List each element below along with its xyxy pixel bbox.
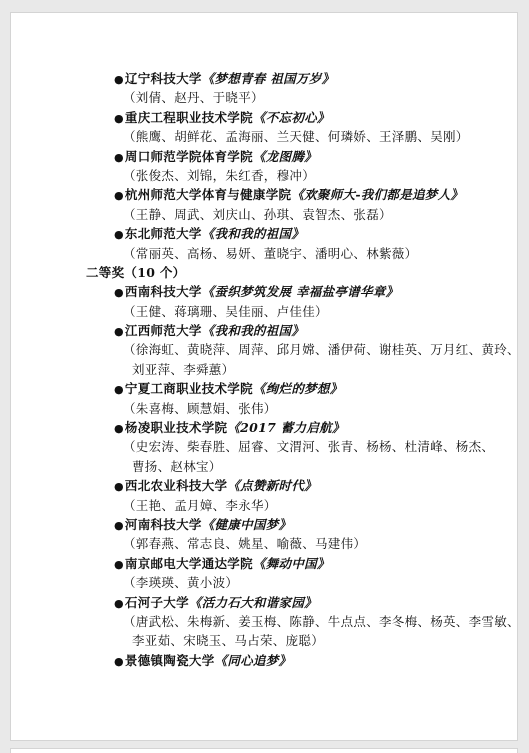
work-title: 《绚烂的梦想》 <box>253 381 343 396</box>
members-line: （朱喜梅、顾慧娟、张伟） <box>11 399 517 418</box>
line-text: （史宏涛、柴春胜、屈睿、文渭河、张青、杨杨、杜清峰、杨杰、 <box>123 439 494 454</box>
award-entry-line: ●江西师范大学《我和我的祖国》 <box>11 321 517 340</box>
work-title: 《点赞新时代》 <box>227 478 317 493</box>
school-name: 江西师范大学 <box>125 323 202 338</box>
line-text: （常丽英、高杨、易妍、董晓宇、潘明心、林紫薇） <box>123 246 417 261</box>
work-title: 《欢聚师大-我们都是追梦人》 <box>291 187 463 202</box>
line-text: （唐武松、朱梅新、姜玉梅、陈静、牛点点、李冬梅、杨英、李雪敏、 <box>123 614 517 629</box>
school-name: 西北农业科技大学 <box>125 478 227 493</box>
section-header: 二等奖（10 个） <box>11 263 517 282</box>
line-text: 李亚茹、宋晓玉、马占荣、庞聪） <box>132 633 324 648</box>
bullet-icon: ● <box>114 422 124 435</box>
award-entry-line: ●南京邮电大学通达学院《舞动中国》 <box>11 554 517 573</box>
work-title: 《我和我的祖国》 <box>202 226 304 241</box>
work-title: 《蚕织梦筑发展 幸福盐亭谱华章》 <box>202 284 399 299</box>
members-line: （熊鹰、胡鲜花、孟海丽、兰天健、何璘娇、王泽鹏、吴刚） <box>11 127 517 146</box>
document-lines: ●辽宁科技大学《梦想青春 祖国万岁》（刘倩、赵丹、于晓平）●重庆工程职业技术学院… <box>11 13 517 670</box>
line-text: （郭春燕、常志良、姚星、喻薇、马建伟） <box>123 536 366 551</box>
bullet-icon: ● <box>114 112 124 125</box>
line-text: （朱喜梅、顾慧娟、张伟） <box>123 401 277 416</box>
work-title: 《2017 蓄力启航》 <box>227 420 344 435</box>
award-entry-line: ●河南科技大学《健康中国梦》 <box>11 515 517 534</box>
members-line: （王健、蒋璃珊、吴佳丽、卢佳佳） <box>11 302 517 321</box>
work-title: 《梦想青春 祖国万岁》 <box>202 71 335 86</box>
line-text: （徐海虹、黄晓萍、周萍、邱月嫦、潘伊荷、谢桂英、万月红、黄玲、 <box>123 342 517 357</box>
members-line: （唐武松、朱梅新、姜玉梅、陈静、牛点点、李冬梅、杨英、李雪敏、 <box>11 612 517 631</box>
line-text: （王艳、孟月嫜、李永华） <box>123 498 277 513</box>
bullet-icon: ● <box>114 151 124 164</box>
award-entry-line: ●杨凌职业技术学院《2017 蓄力启航》 <box>11 418 517 437</box>
line-text: 刘亚萍、李舜蕙） <box>132 362 234 377</box>
bullet-icon: ● <box>114 519 124 532</box>
school-name: 景德镇陶瓷大学 <box>125 653 215 668</box>
school-name: 重庆工程职业技术学院 <box>125 110 253 125</box>
line-text: （张俊杰、刘锦，朱红香，穆冲） <box>123 168 315 183</box>
work-title: 《活力石大和谐家园》 <box>189 595 317 610</box>
award-entry-line: ●西北农业科技大学《点赞新时代》 <box>11 476 517 495</box>
school-name: 石河子大学 <box>125 595 189 610</box>
members-line: （常丽英、高杨、易妍、董晓宇、潘明心、林紫薇） <box>11 244 517 263</box>
members-line: （史宏涛、柴春胜、屈睿、文渭河、张青、杨杨、杜清峰、杨杰、 <box>11 437 517 456</box>
bullet-icon: ● <box>114 286 124 299</box>
page: ●辽宁科技大学《梦想青春 祖国万岁》（刘倩、赵丹、于晓平）●重庆工程职业技术学院… <box>10 12 518 741</box>
bullet-icon: ● <box>114 597 124 610</box>
bullet-icon: ● <box>114 383 124 396</box>
bullet-icon: ● <box>114 325 124 338</box>
award-entry-line: ●辽宁科技大学《梦想青春 祖国万岁》 <box>11 69 517 88</box>
line-text: （刘倩、赵丹、于晓平） <box>123 90 264 105</box>
line-text: （王静、周武、刘庆山、孙琪、袁智杰、张磊） <box>123 207 392 222</box>
line-text: （王健、蒋璃珊、吴佳丽、卢佳佳） <box>123 304 328 319</box>
school-name: 辽宁科技大学 <box>125 71 202 86</box>
award-entry-line: ●宁夏工商职业技术学院《绚烂的梦想》 <box>11 379 517 398</box>
members-line: （李瑛瑛、黄小波） <box>11 573 517 592</box>
school-name: 杨凌职业技术学院 <box>125 420 227 435</box>
award-entry-line: ●东北师范大学《我和我的祖国》 <box>11 224 517 243</box>
line-text: 二等奖（10 个） <box>86 265 185 280</box>
bullet-icon: ● <box>114 558 124 571</box>
members-line: （郭春燕、常志良、姚星、喻薇、马建伟） <box>11 534 517 553</box>
work-title: 《健康中国梦》 <box>202 517 292 532</box>
next-page-edge <box>10 748 518 753</box>
school-name: 宁夏工商职业技术学院 <box>125 381 253 396</box>
work-title: 《同心追梦》 <box>215 653 292 668</box>
school-name: 南京邮电大学通达学院 <box>125 556 253 571</box>
award-entry-line: ●石河子大学《活力石大和谐家园》 <box>11 593 517 612</box>
members-line: （王静、周武、刘庆山、孙琪、袁智杰、张磊） <box>11 205 517 224</box>
line-text: （熊鹰、胡鲜花、孟海丽、兰天健、何璘娇、王泽鹏、吴刚） <box>123 129 469 144</box>
bullet-icon: ● <box>114 73 124 86</box>
line-text: 曹扬、赵林宝） <box>132 459 222 474</box>
school-name: 周口师范学院体育学院 <box>125 149 253 164</box>
work-title: 《不忘初心》 <box>253 110 330 125</box>
work-title: 《龙图腾》 <box>253 149 317 164</box>
members-continuation-line: 李亚茹、宋晓玉、马占荣、庞聪） <box>11 631 517 650</box>
members-line: （徐海虹、黄晓萍、周萍、邱月嫦、潘伊荷、谢桂英、万月红、黄玲、 <box>11 340 517 359</box>
award-entry-line: ●西南科技大学《蚕织梦筑发展 幸福盐亭谱华章》 <box>11 282 517 301</box>
members-continuation-line: 刘亚萍、李舜蕙） <box>11 360 517 379</box>
school-name: 东北师范大学 <box>125 226 202 241</box>
award-entry-line: ●重庆工程职业技术学院《不忘初心》 <box>11 108 517 127</box>
school-name: 河南科技大学 <box>125 517 202 532</box>
work-title: 《舞动中国》 <box>253 556 330 571</box>
bullet-icon: ● <box>114 189 124 202</box>
bullet-icon: ● <box>114 655 124 668</box>
line-text: （李瑛瑛、黄小波） <box>123 575 238 590</box>
school-name: 西南科技大学 <box>125 284 202 299</box>
bullet-icon: ● <box>114 480 124 493</box>
members-line: （张俊杰、刘锦，朱红香，穆冲） <box>11 166 517 185</box>
members-line: （王艳、孟月嫜、李永华） <box>11 496 517 515</box>
members-line: （刘倩、赵丹、于晓平） <box>11 88 517 107</box>
bullet-icon: ● <box>114 228 124 241</box>
work-title: 《我和我的祖国》 <box>202 323 304 338</box>
award-entry-line: ●景德镇陶瓷大学《同心追梦》 <box>11 651 517 670</box>
award-entry-line: ●周口师范学院体育学院《龙图腾》 <box>11 147 517 166</box>
award-entry-line: ●杭州师范大学体育与健康学院《欢聚师大-我们都是追梦人》 <box>11 185 517 204</box>
members-continuation-line: 曹扬、赵林宝） <box>11 457 517 476</box>
document-viewer: ●辽宁科技大学《梦想青春 祖国万岁》（刘倩、赵丹、于晓平）●重庆工程职业技术学院… <box>0 0 529 753</box>
school-name: 杭州师范大学体育与健康学院 <box>125 187 291 202</box>
